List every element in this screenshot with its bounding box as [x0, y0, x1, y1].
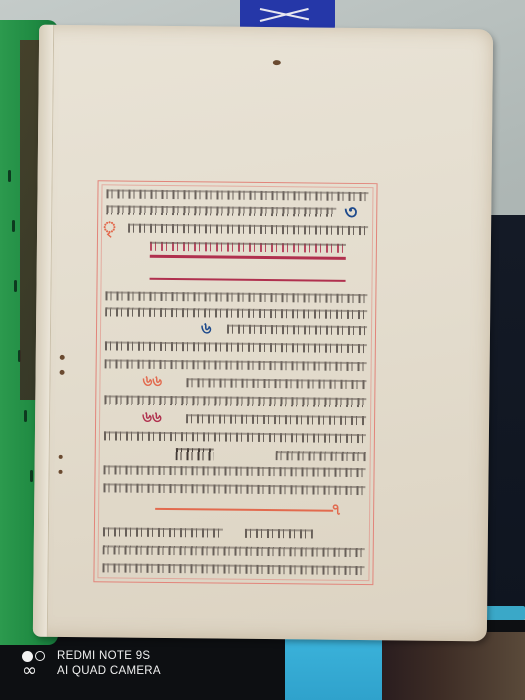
- bold-script-heading: [176, 448, 214, 460]
- stitch: [24, 410, 27, 422]
- script-line: [186, 414, 366, 425]
- script-line: [105, 291, 367, 303]
- script-line: [106, 189, 368, 201]
- script-line: [186, 378, 366, 389]
- script-line: [103, 527, 223, 537]
- manuscript-page: ৩ ৃ ৬ ৬৬ ৬৬ ৭: [33, 25, 493, 642]
- script-line: [103, 545, 365, 557]
- script-line: [104, 465, 366, 477]
- stain: [60, 355, 65, 360]
- section-divider: [155, 508, 333, 512]
- watermark-camera: AI QUAD CAMERA: [57, 664, 161, 679]
- stain: [59, 470, 63, 474]
- script-line: [106, 205, 336, 216]
- watermark-text: REDMI NOTE 9S AI QUAD CAMERA: [57, 649, 161, 679]
- script-line: [227, 325, 367, 335]
- stitch: [14, 280, 17, 292]
- wooden-object: [382, 632, 525, 700]
- blue-box: [285, 632, 385, 700]
- blue-ornament: ৩: [344, 202, 357, 222]
- script-line: [103, 483, 365, 495]
- watermark-device: REDMI NOTE 9S: [57, 649, 161, 664]
- script-line: [105, 359, 367, 371]
- script-line: [105, 341, 367, 353]
- script-line: [276, 451, 366, 461]
- script-line: [104, 431, 366, 443]
- stitch: [30, 470, 33, 482]
- stain: [59, 455, 63, 459]
- stitch: [8, 170, 11, 182]
- stain: [273, 60, 281, 65]
- infinity-icon: ∞: [22, 665, 37, 677]
- text-block-frame: ৩ ৃ ৬ ৬৬ ৬৬ ৭: [93, 180, 377, 585]
- crimson-numeral: ৬৬: [142, 410, 162, 425]
- heading-underline: [150, 255, 346, 260]
- script-line: [128, 224, 368, 236]
- blue-numeral: ৬: [201, 320, 212, 336]
- script-line: [104, 395, 366, 407]
- orange-ornament: ৃ: [102, 219, 117, 235]
- stain: [60, 370, 65, 375]
- stitch: [12, 220, 15, 232]
- camera-logo-icon: ∞: [22, 651, 48, 677]
- script-line: [102, 563, 364, 575]
- script-line: [245, 529, 313, 539]
- orange-numeral: ৬৬: [142, 374, 162, 389]
- divider-ornament: ৭: [331, 502, 342, 518]
- script-line: [105, 307, 367, 319]
- heading-script-line: [150, 242, 346, 253]
- heading-rule: [150, 278, 346, 282]
- camera-watermark: ∞ REDMI NOTE 9S AI QUAD CAMERA: [22, 649, 161, 679]
